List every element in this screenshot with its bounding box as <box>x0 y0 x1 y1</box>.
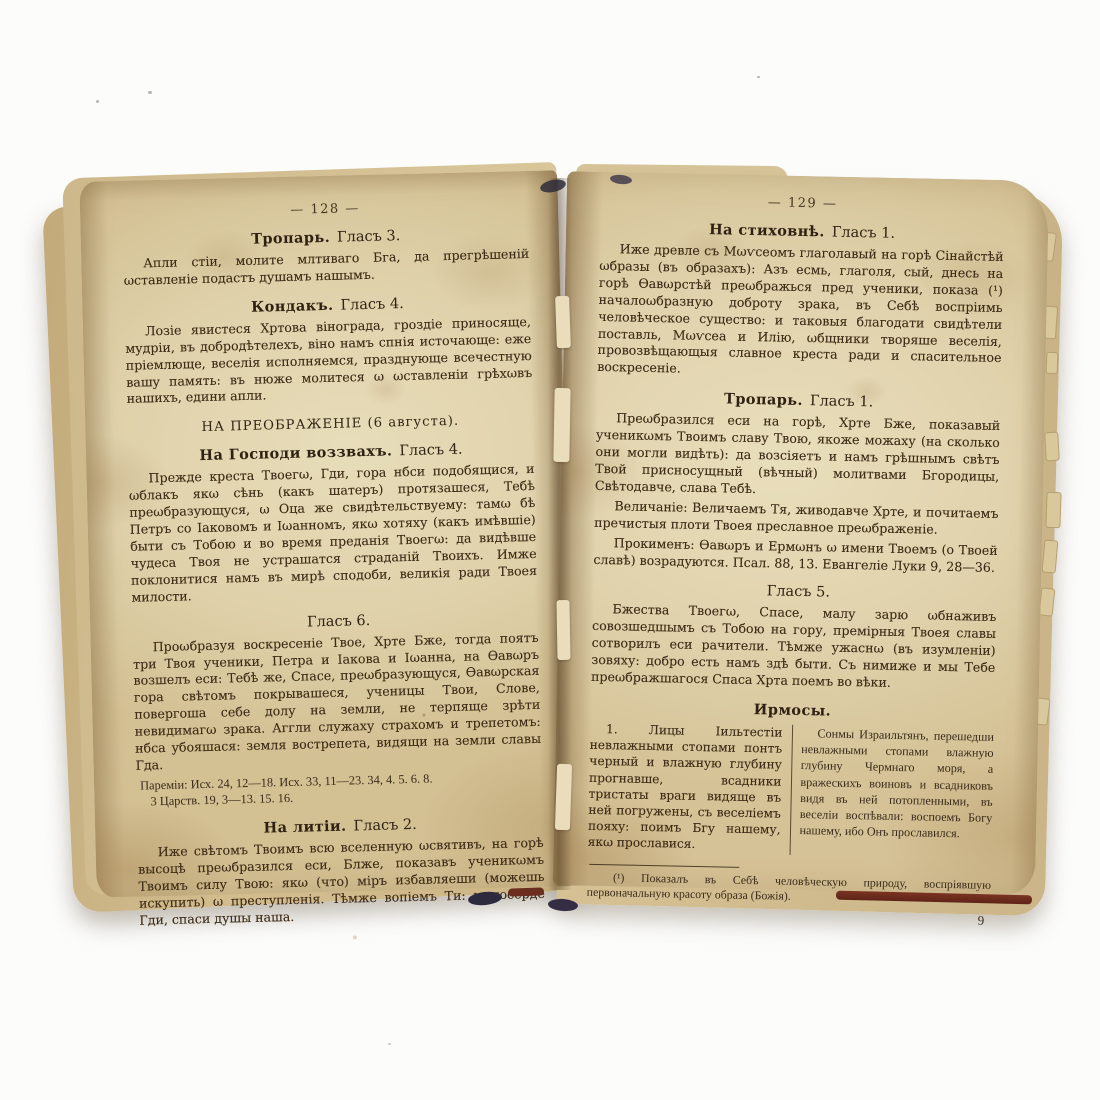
right-page: — 129 — На стиховнѣ.Гласъ 1. Иже древле … <box>553 171 1049 895</box>
page-tab <box>1039 587 1056 616</box>
page-number-left: — 128 — <box>122 197 528 222</box>
torn-paper-strip <box>555 764 572 830</box>
page-tab <box>1046 352 1059 374</box>
spine-strip <box>508 887 544 896</box>
torn-paper-strip <box>555 296 571 348</box>
fox-spot <box>422 714 425 717</box>
left-page-content: — 128 — Тропарь.Гласъ 3. Апли стіи, моли… <box>79 170 574 897</box>
footnote-rule <box>589 863 739 867</box>
page-tab <box>1045 492 1061 529</box>
prokimen-text: Прокименъ: Ѳавωръ и Ермωнъ ω имени Твоем… <box>593 534 998 576</box>
section-heading-stihovne: На стиховнѣ.Гласъ 1. <box>600 219 1004 244</box>
dust-speck <box>96 100 99 103</box>
book-photo: — 128 — Тропарь.Гласъ 3. Апли стіи, моли… <box>0 0 1100 1100</box>
velichanie-text: Величаніе: Величаемъ Тя, живодавче Хрте,… <box>594 498 999 540</box>
right-page-content: — 129 — На стиховнѣ.Гласъ 1. Иже древле … <box>553 171 1049 895</box>
gospodi-vozzvah-text: Прежде креста Твоегω, Гди, гора нбси под… <box>128 461 537 606</box>
section-heading-troparion-1: Тропарь.Гласъ 1. <box>597 388 1001 413</box>
irmos-slavonic-text: 1. Лицы Іильтестіи невлажными стопами по… <box>588 721 783 854</box>
page-tab <box>1042 539 1059 573</box>
troparion-1-text: Преωбразился еси на горѣ, Хрте Бже, пока… <box>595 410 1001 503</box>
kondak-4-text: Лозіе явистеся Хртова вінограда, гроздіе… <box>125 314 533 408</box>
torn-paper-strip <box>553 388 570 462</box>
troparion-3-text: Апли стіи, молите млтиваго Бга, да прегр… <box>123 246 530 290</box>
page-number-right: — 129 — <box>601 192 1005 215</box>
page-tab <box>1044 432 1059 462</box>
glas-5-text: Бжества Твоегω, Спасе, малу зарю ωбнажив… <box>591 601 997 694</box>
irmos-column-russian: Сонмы Израильтянъ, перешедши невлажными … <box>790 725 994 859</box>
fox-spot <box>353 935 357 939</box>
torn-paper-strip <box>556 600 570 660</box>
dust-speck <box>388 1043 391 1045</box>
feast-title-transfiguration: НА ПРЕОБРАЖЕНІЕ (6 августа). <box>127 412 533 437</box>
litia-text: Иже свѣтомъ Твоимъ всю вселенную ωсвятив… <box>138 835 546 929</box>
irmos-column-slavonic: 1. Лицы Іильтестіи невлажными стопами по… <box>588 721 793 855</box>
section-heading-irmosy: Ирмосы. <box>590 698 994 723</box>
left-page: — 128 — Тропарь.Гласъ 3. Апли стіи, моли… <box>79 170 574 897</box>
stihovne-text: Иже древле съ Мωѵсеомъ глаголавый на гор… <box>597 241 1004 384</box>
irmos-two-column-block: 1. Лицы Іильтестіи невлажными стопами по… <box>588 721 995 859</box>
dust-speck <box>757 76 760 78</box>
glas-6-text: Проωбразуя воскресеніе Твое, Хрте Бже, т… <box>133 629 542 774</box>
section-heading-glas-5: Гласъ 5. <box>593 580 997 604</box>
irmos-russian-text: Сонмы Израильтянъ, перешедши невлажными … <box>799 725 994 842</box>
dust-speck <box>148 91 152 94</box>
